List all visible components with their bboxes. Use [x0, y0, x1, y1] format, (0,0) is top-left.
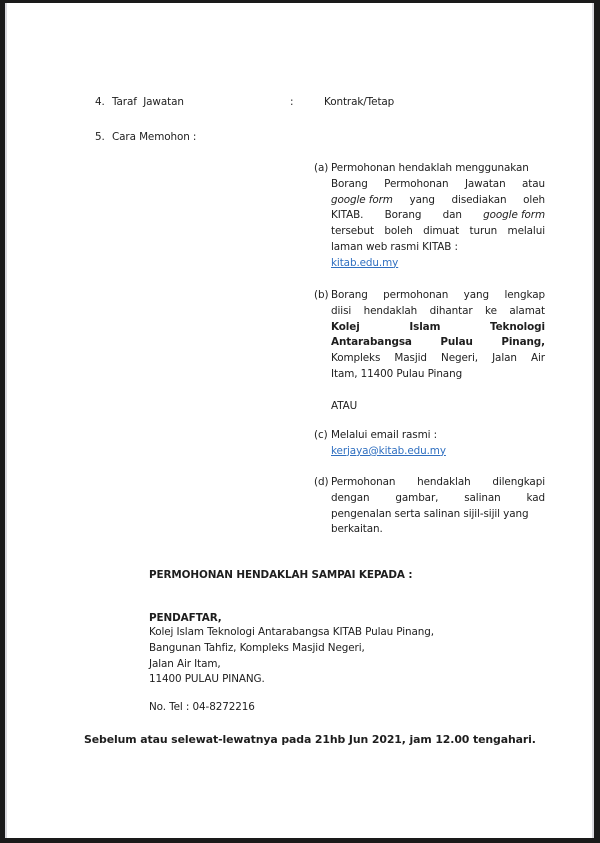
item-b-line: KolejIslamTeknologi — [331, 320, 545, 336]
recipient-address: Kolej Islam Teknologi Antarabangsa KITAB… — [149, 625, 434, 688]
email-link[interactable]: kerjaya@kitab.edu.my — [331, 445, 446, 457]
word: Pinang, — [501, 335, 545, 351]
word: alamat — [509, 304, 545, 320]
word: lengkap — [504, 288, 545, 304]
word: Permohonan — [331, 475, 395, 491]
word: tersebut — [331, 224, 374, 240]
section-5-number: 5. — [95, 130, 105, 146]
word: dilengkapi — [492, 475, 545, 491]
word: Kolej — [331, 320, 360, 336]
word: Kompleks — [331, 351, 380, 367]
word: Antarabangsa — [331, 335, 412, 351]
word: Permohonan — [384, 177, 448, 193]
section-4-value: Kontrak/Tetap — [324, 95, 394, 111]
item-d-body: Permohonanhendaklahdilengkapidengangamba… — [331, 475, 545, 538]
word: dan — [443, 208, 462, 224]
word: Negeri, — [441, 351, 478, 367]
section-5-label: Cara Memohon : — [112, 130, 196, 146]
item-b-line: diisihendaklahdihantarkealamat — [331, 304, 545, 320]
item-b-body: Borangpermohonanyanglengkapdiisihendakla… — [331, 288, 545, 383]
word: atau — [522, 177, 545, 193]
word: gambar, — [395, 491, 438, 507]
address-line: Bangunan Tahfiz, Kompleks Masjid Negeri, — [149, 641, 434, 657]
item-c-body: Melalui email rasmi : kerjaya@kitab.edu.… — [331, 428, 545, 460]
word: turun — [470, 224, 498, 240]
word: berkaitan. — [331, 523, 383, 535]
item-b-line: Itam, 11400 Pulau Pinang — [331, 367, 545, 383]
word: kad — [527, 491, 546, 507]
item-a-marker: (a) — [314, 161, 328, 177]
address-line: Jalan Air Itam, — [149, 657, 434, 673]
item-b-line: AntarabangsaPulauPinang, — [331, 335, 545, 351]
word: ke — [485, 304, 497, 320]
word: dengan — [331, 491, 370, 507]
or-text: ATAU — [331, 399, 357, 415]
word: Jalan — [492, 351, 517, 367]
word: Borang — [385, 208, 422, 224]
word: Pulau — [440, 335, 472, 351]
item-b-line: KompleksMasjidNegeri,JalanAir — [331, 351, 545, 367]
word: google form — [483, 208, 545, 224]
word: melalui — [508, 224, 545, 240]
section-4-label: Taraf Jawatan — [112, 95, 184, 111]
word: disediakan — [452, 193, 507, 209]
website-link[interactable]: kitab.edu.my — [331, 257, 398, 269]
word: Itam, 11400 Pulau Pinang — [331, 368, 462, 380]
item-a-body: Permohonan hendaklah menggunakanBorangPe… — [331, 161, 545, 272]
item-a-line: BorangPermohonanJawatanatau — [331, 177, 545, 193]
item-c-text: Melalui email rasmi : — [331, 428, 545, 444]
item-a-line: tersebutbolehdimuatturunmelalui — [331, 224, 545, 240]
word: salinan — [464, 491, 500, 507]
word: dihantar — [430, 304, 473, 320]
word: diisi — [331, 304, 351, 320]
word: Borang — [331, 288, 368, 304]
item-d-line: berkaitan. — [331, 522, 545, 538]
item-a-line: google formyangdisediakanoleh — [331, 193, 545, 209]
word: hendaklah — [417, 475, 470, 491]
word: Teknologi — [490, 320, 545, 336]
word: laman web rasmi KITAB : — [331, 241, 458, 253]
item-a-line: KITAB.Borangdangoogle form — [331, 208, 545, 224]
word: oleh — [523, 193, 545, 209]
address-line: Kolej Islam Teknologi Antarabangsa KITAB… — [149, 625, 434, 641]
word: Jawatan — [465, 177, 506, 193]
item-d-line: pengenalan serta salinan sijil-sijil yan… — [331, 507, 545, 523]
phone-number: No. Tel : 04-8272216 — [149, 700, 255, 716]
document-page: 4. Taraf Jawatan : Kontrak/Tetap 5. Cara… — [5, 3, 594, 838]
section-4-separator: : — [290, 95, 293, 111]
item-d-line: dengangambar,salinankad — [331, 491, 545, 507]
word: Permohonan hendaklah menggunakan — [331, 162, 529, 174]
word: KITAB. — [331, 208, 363, 224]
submission-heading: PERMOHONAN HENDAKLAH SAMPAI KEPADA : — [149, 568, 412, 584]
word: Islam — [409, 320, 440, 336]
word: yang — [410, 193, 435, 209]
word: hendaklah — [364, 304, 417, 320]
item-d-marker: (d) — [314, 475, 328, 491]
word: pengenalan serta salinan sijil-sijil yan… — [331, 508, 528, 520]
address-line: 11400 PULAU PINANG. — [149, 672, 434, 688]
item-c-marker: (c) — [314, 428, 328, 444]
item-d-line: Permohonanhendaklahdilengkapi — [331, 475, 545, 491]
word: dimuat — [423, 224, 459, 240]
word: Air — [531, 351, 545, 367]
word: yang — [464, 288, 489, 304]
item-b-marker: (b) — [314, 288, 328, 304]
deadline-notice: Sebelum atau selewat-lewatnya pada 21hb … — [84, 732, 536, 748]
word: google form — [331, 193, 393, 209]
word: Borang — [331, 177, 368, 193]
word: boleh — [384, 224, 412, 240]
item-b-line: Borangpermohonanyanglengkap — [331, 288, 545, 304]
item-a-line: Permohonan hendaklah menggunakan — [331, 161, 545, 177]
section-4-number: 4. — [95, 95, 105, 111]
item-a-line: laman web rasmi KITAB : — [331, 240, 545, 256]
word: Masjid — [394, 351, 427, 367]
word: permohonan — [383, 288, 448, 304]
